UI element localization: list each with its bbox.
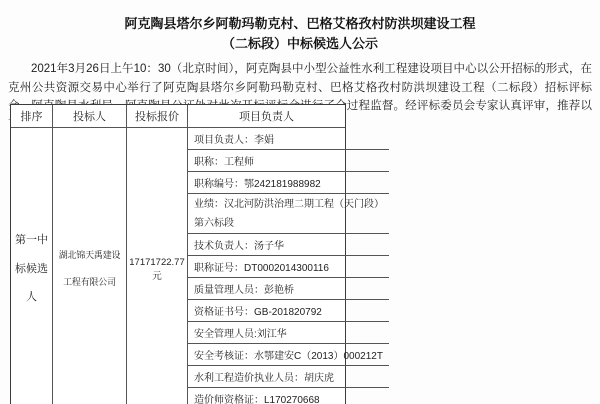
title-line-2: （二标段）中标候选人公示 (0, 34, 600, 54)
cell-project-manager-details: 项目负责人：李娟 职称：工程师 职称编号：鄂242181988982 业绩：汉北… (188, 128, 389, 404)
detail-row-safety-manager: 安全管理人员:刘江华 (188, 322, 389, 344)
document-title: 阿克陶县塔尔乡阿勒玛勒克村、巴格艾格孜村防洪坝建设工程 （二标段）中标候选人公示 (0, 14, 600, 53)
table-header-row: 排序 投标人 投标报价 项目负责人 (11, 105, 345, 128)
detail-row-qualification-cert: 资格证书号：GB-201820792 (188, 300, 389, 322)
detail-row-technical-lead: 技术负责人：汤子华 (188, 234, 389, 256)
header-rank: 排序 (11, 105, 53, 127)
bid-candidates-table: 排序 投标人 投标报价 项目负责人 第一中标候选人 湖北锦天禹建设工程有限公司 … (10, 104, 346, 404)
detail-row-job-title: 职称：工程师 (188, 150, 389, 172)
detail-row-cost-engineer: 水利工程造价执业人员：胡庆虎 (188, 366, 389, 388)
detail-row-manager-name: 项目负责人：李娟 (188, 128, 389, 150)
cell-bid-price: 17171722.77元 (127, 128, 188, 404)
cell-rank: 第一中标候选人 (11, 128, 53, 404)
header-bid-price: 投标报价 (127, 105, 188, 127)
detail-row-achievement: 业绩：汉北河防洪治理二期工程（天门段）第六标段 (188, 194, 389, 234)
cell-bidder-name: 湖北锦天禹建设工程有限公司 (53, 128, 127, 404)
detail-row-title-number: 职称编号：鄂242181988982 (188, 172, 389, 194)
header-bidder: 投标人 (53, 105, 127, 127)
header-project-manager: 项目负责人 (188, 105, 345, 127)
title-line-1: 阿克陶县塔尔乡阿勒玛勒克村、巴格艾格孜村防洪坝建设工程 (0, 14, 600, 34)
announcement-document: 阿克陶县塔尔乡阿勒玛勒克村、巴格艾格孜村防洪坝建设工程 （二标段）中标候选人公示… (0, 0, 600, 404)
detail-row-quality-manager: 质量管理人员：彭艳桥 (188, 278, 389, 300)
detail-row-safety-assessment-cert: 安全考核证：水鄂建安C（2013）000212T (188, 344, 389, 366)
table-body-row: 第一中标候选人 湖北锦天禹建设工程有限公司 17171722.77元 项目负责人… (11, 128, 345, 404)
detail-row-cost-engineer-cert: 造价师资格证：L170270668 (188, 388, 389, 404)
detail-row-title-cert-number: 职称证号：DT0002014300116 (188, 256, 389, 278)
